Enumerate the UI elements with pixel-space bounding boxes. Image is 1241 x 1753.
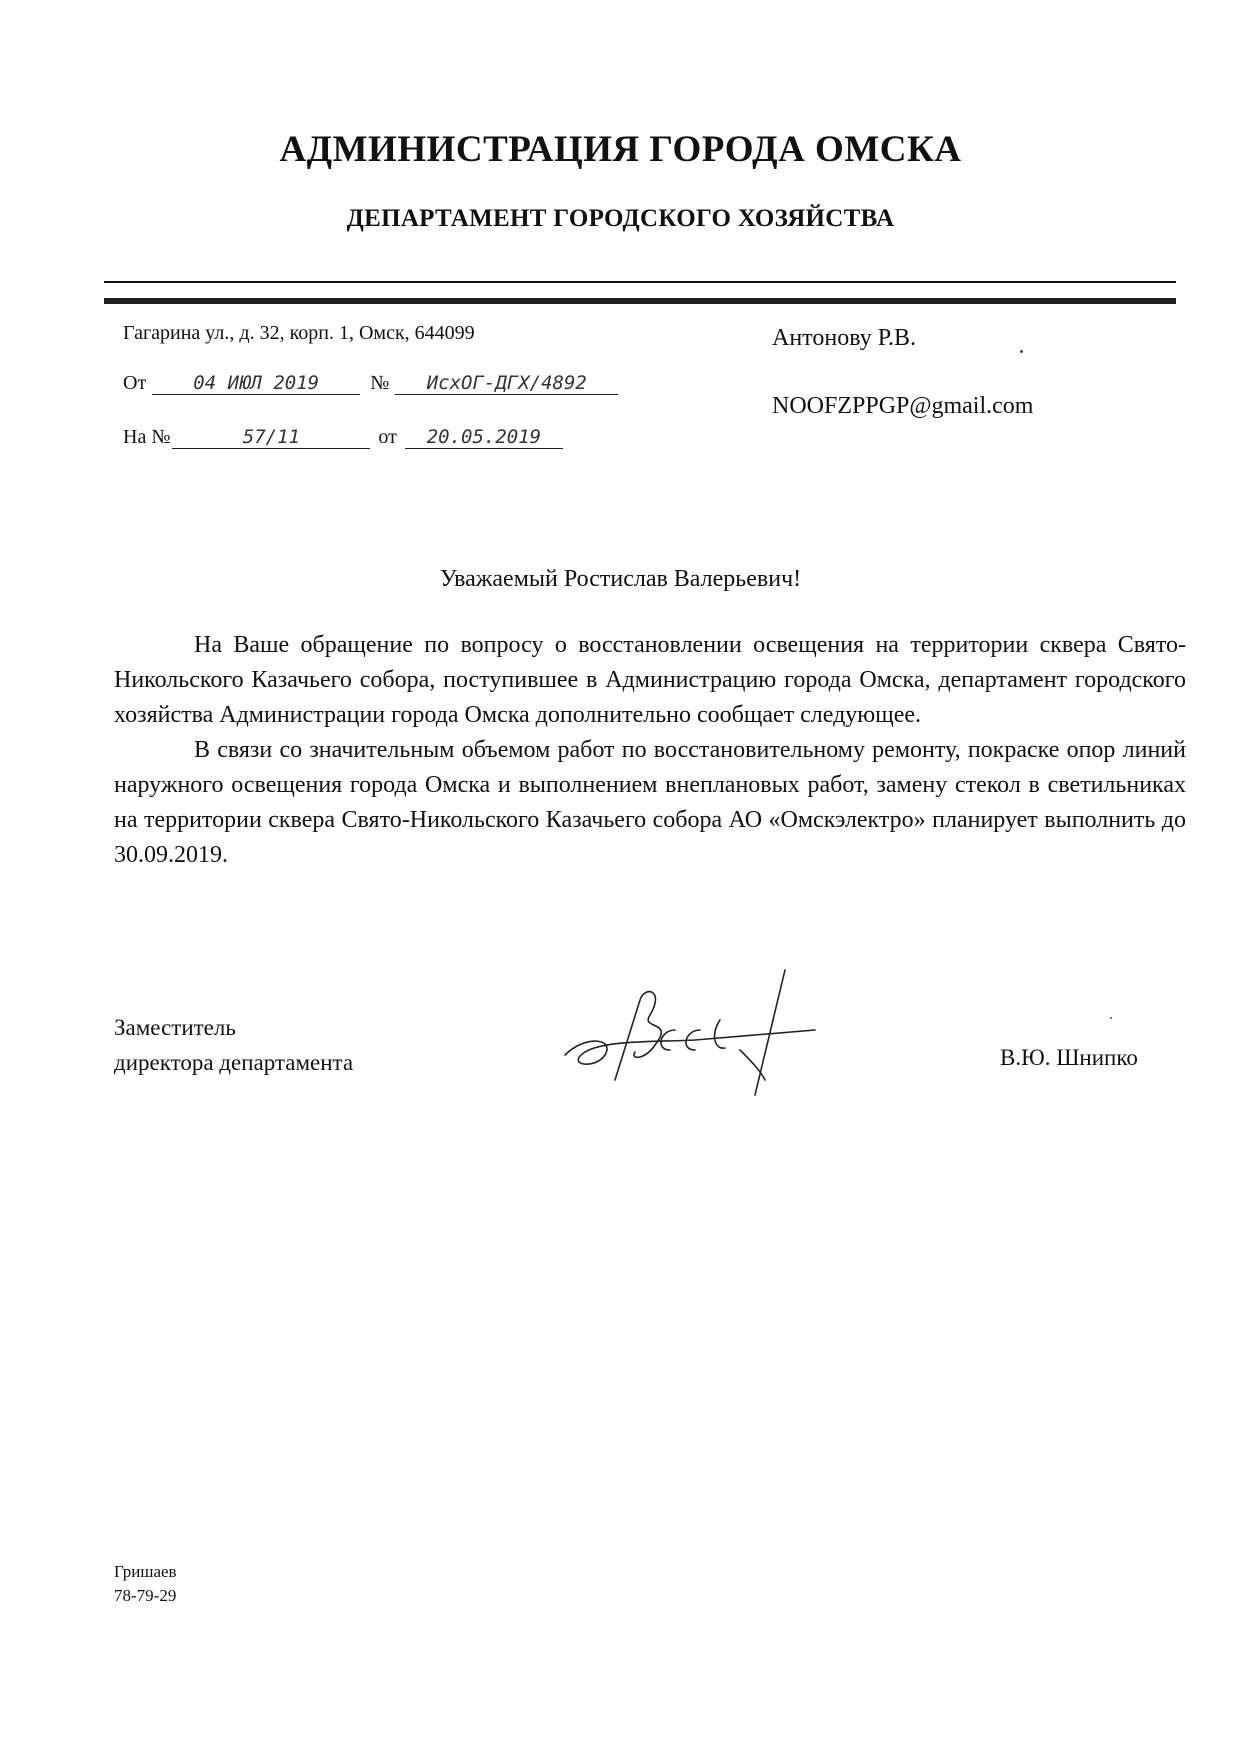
number-label: № [370, 372, 389, 395]
outgoing-registration-row: От 04 ИЮЛ 2019 № ИсхОГ-ДГХ/4892 [123, 372, 618, 395]
department-title: ДЕПАРТАМЕНТ ГОРОДСКОГО ХОЗЯЙСТВА [0, 205, 1241, 233]
outgoing-date-field: 04 ИЮЛ 2019 [152, 372, 360, 395]
scan-dot [1020, 350, 1023, 353]
position-line-1: Заместитель [114, 1010, 353, 1045]
greeting: Уважаемый Ростислав Валерьевич! [0, 566, 1241, 593]
organization-title: АДМИНИСТРАЦИЯ ГОРОДА ОМСКА [0, 128, 1241, 171]
reply-registration-row: На № 57/11 от 20.05.2019 [123, 426, 563, 449]
header-divider-thin [104, 281, 1176, 283]
recipient-email: NOOFZPPGP@gmail.com [772, 393, 1033, 420]
letter-body: На Ваше обращение по вопросу о восстанов… [114, 628, 1186, 873]
executor-name: Гришаев [114, 1560, 177, 1584]
recipient-name: Антонову Р.В. [772, 325, 916, 352]
reply-date-field: 20.05.2019 [405, 426, 563, 449]
position-line-2: директора департамента [114, 1045, 353, 1080]
signer-position: Заместитель директора департамента [114, 1010, 353, 1080]
outgoing-number-field: ИсхОГ-ДГХ/4892 [395, 372, 618, 395]
body-paragraph: В связи со значительным объемом работ по… [114, 733, 1186, 873]
reply-from-label: от [378, 426, 396, 449]
signer-name: В.Ю. Шнипко [1000, 1045, 1138, 1071]
sender-address: Гагарина ул., д. 32, корп. 1, Омск, 6440… [123, 322, 475, 345]
executor-phone: 78-79-29 [114, 1584, 177, 1608]
body-paragraph: На Ваше обращение по вопросу о восстанов… [114, 628, 1186, 733]
reply-number-label: На № [123, 426, 170, 449]
executor-info: Гришаев 78-79-29 [114, 1560, 177, 1608]
from-label: От [123, 372, 146, 395]
scan-dot [1110, 1017, 1112, 1019]
header-divider-thick [104, 298, 1176, 304]
reply-number-field: 57/11 [172, 426, 370, 449]
handwritten-signature-icon [545, 960, 835, 1100]
